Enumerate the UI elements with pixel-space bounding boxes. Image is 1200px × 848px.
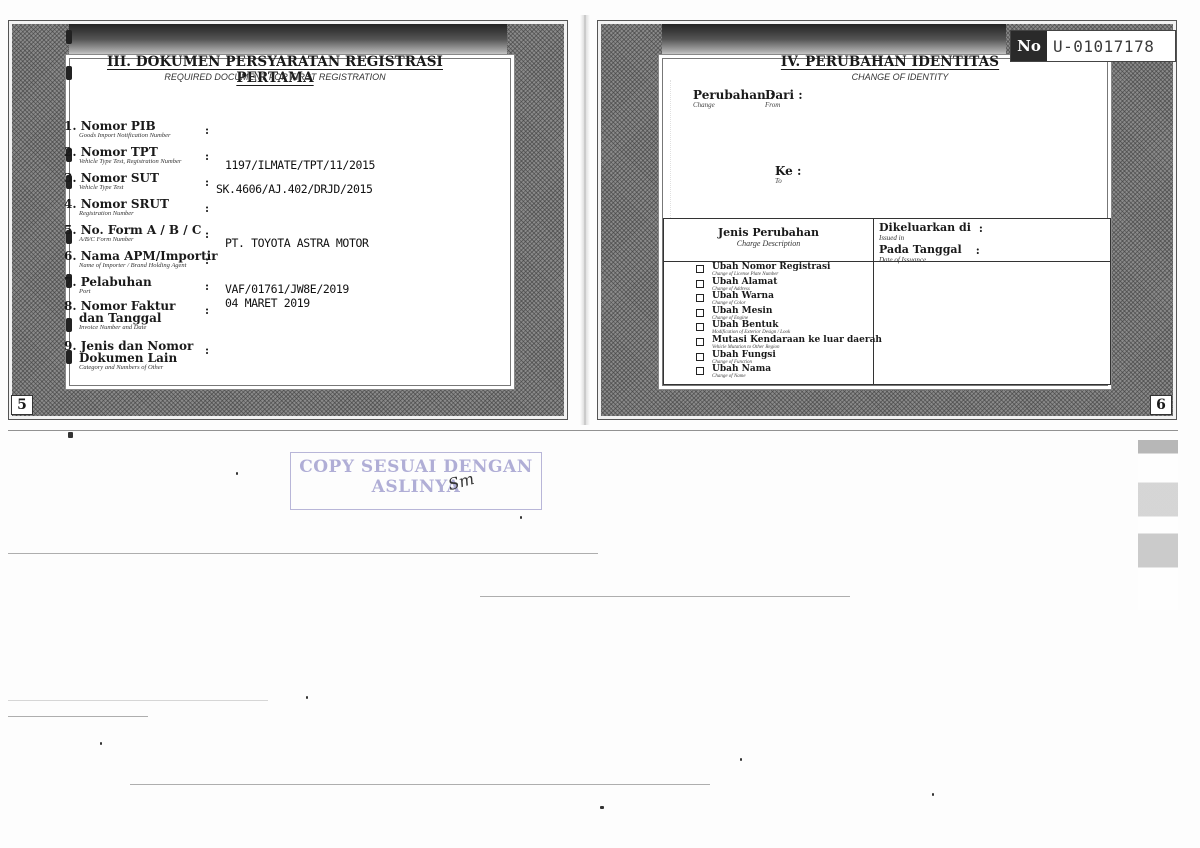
- section-subtitle: CHANGE OF IDENTITY: [770, 72, 1030, 82]
- change-option[interactable]: Mutasi Kendaraan ke luar daerahVehicle M…: [696, 336, 882, 351]
- scan-edge: [1138, 440, 1178, 610]
- from-label-en: From: [765, 101, 780, 109]
- field-colon: :: [205, 124, 209, 137]
- speck: [600, 806, 604, 809]
- field-colon: :: [205, 280, 209, 293]
- field-value: SK.4606/AJ.402/DRJD/2015: [216, 182, 373, 196]
- serial-number-box: No U-01017178: [1010, 30, 1176, 62]
- checkbox[interactable]: [696, 338, 704, 346]
- field-label-line2: Dokumen Lain: [64, 352, 193, 364]
- field-value: 1197/ILMATE/TPT/11/2015: [225, 158, 375, 172]
- speck: [100, 742, 102, 745]
- checkbox[interactable]: [696, 323, 704, 331]
- scan-line: [8, 430, 1178, 431]
- change-option[interactable]: Ubah MesinChange of Engine: [696, 307, 882, 322]
- serial-label: No: [1011, 31, 1047, 61]
- option-label-en: Change of Name: [712, 374, 771, 379]
- speck: [236, 472, 238, 475]
- option-label: Mutasi Kendaraan ke luar daerah: [712, 336, 882, 345]
- field-colon: :: [205, 344, 209, 357]
- field-row: 5. No. Form A / B / CA/B/C Form Number: [64, 224, 201, 243]
- field-label: 6. Nama APM/Importir: [64, 250, 218, 262]
- scan-line: [8, 553, 598, 554]
- field-label: 1. Nomor PIB: [64, 120, 171, 132]
- change-option[interactable]: Ubah Nomor RegistrasiChange of License P…: [696, 263, 882, 278]
- field-label-en: Vehicle Type Test, Registration Number: [64, 158, 181, 165]
- option-label: Ubah Warna: [712, 292, 774, 301]
- field-label-en: Vehicle Type Test: [64, 184, 159, 191]
- field-label: 2. Nomor TPT: [64, 146, 181, 158]
- field-label-en: Port: [64, 288, 152, 295]
- change-description-header: Jenis Perubahan Charge Description: [664, 226, 873, 248]
- stamp-line-2: ASLINYA: [291, 477, 541, 497]
- field-colon: :: [205, 228, 209, 241]
- header-band: [662, 24, 1006, 58]
- field-label-en: Category and Numbers of Other: [64, 364, 193, 371]
- change-label: Perubahan :: [693, 88, 774, 102]
- field-colon: :: [205, 254, 209, 267]
- field-label-en: Goods Import Notification Number: [64, 132, 171, 139]
- to-label-en: To: [775, 177, 782, 185]
- scan-mark: [66, 30, 72, 44]
- page-number: 6: [1150, 395, 1172, 415]
- change-option[interactable]: Ubah NamaChange of Name: [696, 365, 882, 380]
- checkbox[interactable]: [696, 367, 704, 375]
- checkbox[interactable]: [696, 265, 704, 273]
- serial-number: U-01017178: [1047, 31, 1154, 61]
- change-options: Ubah Nomor RegistrasiChange of License P…: [696, 263, 882, 380]
- page-fold: [580, 15, 590, 425]
- issuance-header: Dikeluarkan di: Issued in Pada Tanggal: …: [879, 222, 983, 264]
- change-label-en: Change: [693, 101, 715, 109]
- field-label-en: A/B/C Form Number: [64, 236, 201, 243]
- field-label: 5. No. Form A / B / C: [64, 224, 201, 236]
- from-label: Dari :: [765, 88, 803, 102]
- speck: [740, 758, 742, 761]
- scan-line: [8, 700, 268, 701]
- field-label: 3. Nomor SUT: [64, 172, 159, 184]
- field-row: 8. Nomor Fakturdan TanggalInvoice Number…: [64, 300, 175, 331]
- option-label: Ubah Mesin: [712, 307, 772, 316]
- checkbox[interactable]: [696, 294, 704, 302]
- field-row: 1. Nomor PIBGoods Import Notification Nu…: [64, 120, 171, 139]
- checkbox[interactable]: [696, 280, 704, 288]
- field-row: 4. Nomor SRUTRegistration Number: [64, 198, 169, 217]
- copy-stamp: COPY SESUAI DENGAN ASLINYA: [290, 452, 542, 510]
- field-row: 6. Nama APM/ImportirName of Importer / B…: [64, 250, 218, 269]
- field-row: 9. Jenis dan NomorDokumen LainCategory a…: [64, 340, 193, 371]
- field-label-en: Registration Number: [64, 210, 169, 217]
- speck: [306, 696, 308, 699]
- speck: [68, 432, 73, 438]
- scan-line: [8, 716, 148, 717]
- option-label: Ubah Alamat: [712, 278, 777, 287]
- scan-line: [130, 784, 710, 785]
- field-value: 04 MARET 2019: [225, 296, 310, 310]
- checkbox[interactable]: [696, 353, 704, 361]
- field-row: 2. Nomor TPTVehicle Type Test, Registrat…: [64, 146, 181, 165]
- field-colon: :: [205, 176, 209, 189]
- header-band: [69, 24, 507, 58]
- speck: [932, 793, 934, 796]
- section-subtitle: REQUIRED DOCUMENT FOR FIRST REGISTRATION: [70, 72, 480, 82]
- checkbox[interactable]: [696, 309, 704, 317]
- change-table: Jenis Perubahan Charge Description Dikel…: [663, 218, 1111, 385]
- field-row: 7. PelabuhanPort: [64, 276, 152, 295]
- change-option[interactable]: Ubah WarnaChange of Color: [696, 292, 882, 307]
- option-label: Ubah Nomor Registrasi: [712, 263, 830, 272]
- field-label: 7. Pelabuhan: [64, 276, 152, 288]
- to-label: Ke :: [775, 164, 801, 178]
- scan-line: [480, 596, 850, 597]
- field-label-line2: dan Tanggal: [64, 312, 175, 324]
- section-title: IV. PERUBAHAN IDENTITAS: [770, 54, 1010, 70]
- option-label: Ubah Fungsi: [712, 351, 776, 360]
- change-option[interactable]: Ubah AlamatChange of Address: [696, 278, 882, 293]
- speck: [520, 516, 522, 519]
- change-option[interactable]: Ubah BentukModification of Exterior Desi…: [696, 321, 882, 336]
- option-label: Ubah Bentuk: [712, 321, 790, 330]
- field-colon: :: [205, 202, 209, 215]
- option-label: Ubah Nama: [712, 365, 771, 374]
- field-row: 3. Nomor SUTVehicle Type Test: [64, 172, 159, 191]
- field-value: PT. TOYOTA ASTRA MOTOR: [225, 236, 369, 250]
- field-value: VAF/01761/JW8E/2019: [225, 282, 349, 296]
- field-colon: :: [205, 150, 209, 163]
- field-colon: :: [205, 304, 209, 317]
- field-label: 4. Nomor SRUT: [64, 198, 169, 210]
- change-option[interactable]: Ubah FungsiChange of Function: [696, 351, 882, 366]
- content-panel: [69, 58, 511, 386]
- field-label-en: Invoice Number and Date: [64, 324, 175, 331]
- page-number: 5: [11, 395, 33, 415]
- field-label-en: Name of Importer / Brand Holding Agent: [64, 262, 218, 269]
- stamp-line-1: COPY SESUAI DENGAN: [291, 457, 541, 477]
